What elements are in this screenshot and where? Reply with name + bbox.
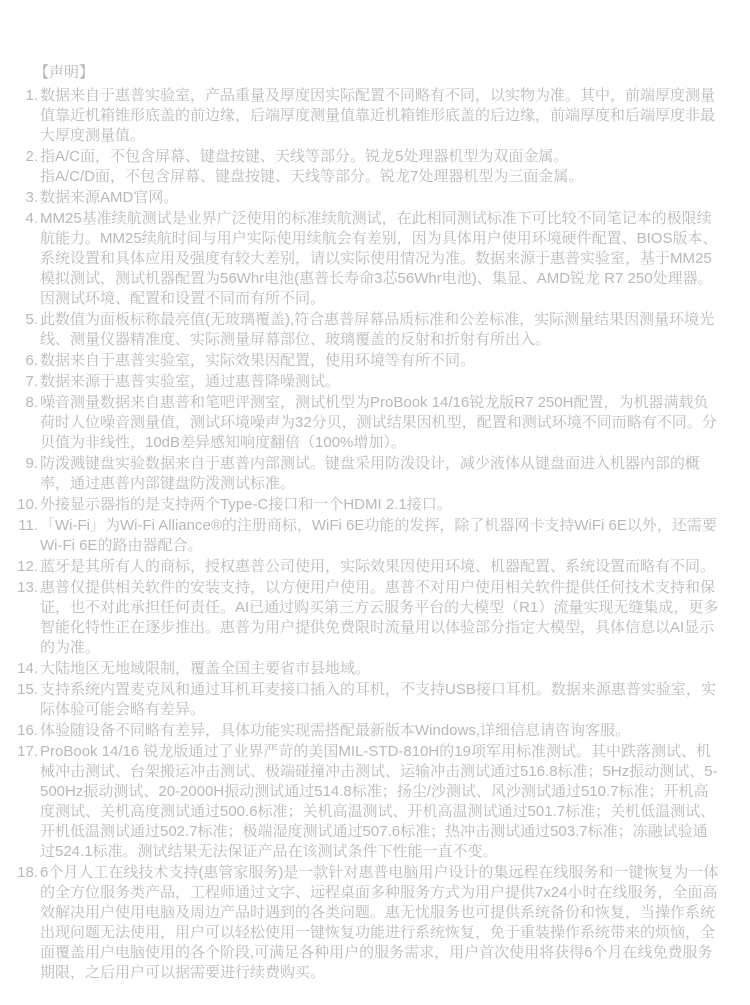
- item-number: 15.: [17, 680, 38, 700]
- item-text: 体验随设备不同略有差异，具体功能实现需搭配最新版本Windows,详细信息请咨询…: [40, 722, 630, 739]
- item-text: MM25基准续航测试是业界广泛使用的标准续航测试，在此相同测试标准下可比较不同笔…: [40, 210, 718, 307]
- item-text: 「Wi-Fi」为Wi-Fi Alliance®的注册商标，WiFi 6E功能的发…: [40, 517, 717, 554]
- item-number: 6.: [25, 351, 38, 371]
- statement-item: 2.指A/C面，不包含屏幕、键盘按键、天线等部分。锐龙5处理器机型为双面金属。 …: [40, 147, 722, 187]
- statement-item: 4.MM25基准续航测试是业界广泛使用的标准续航测试，在此相同测试标准下可比较不…: [40, 209, 722, 309]
- statement-item: 13.惠普仅提供相关软件的安装支持，以方便用户使用。惠普不对用户使用相关软件提供…: [40, 578, 722, 658]
- item-number: 9.: [25, 454, 38, 474]
- item-text: 防泼溅键盘实验数据来自于惠普内部测试。键盘采用防泼设计，减少液体从键盘面进入机器…: [40, 455, 700, 492]
- statement-item: 3.数据来源AMD官网。: [40, 188, 722, 208]
- statement-item: 8.噪音测量数据来自惠普和笔吧评测室，测试机型为ProBook 14/16锐龙版…: [40, 393, 722, 453]
- item-text: 噪音测量数据来自惠普和笔吧评测室，测试机型为ProBook 14/16锐龙版R7…: [40, 394, 717, 451]
- item-text: 指A/C面，不包含屏幕、键盘按键、天线等部分。锐龙5处理器机型为双面金属。 指A…: [40, 148, 583, 185]
- statement-item: 12.蓝牙是其所有人的商标，授权惠普公司使用，实际效果因使用环境、机器配置、系统…: [40, 557, 722, 577]
- item-number: 14.: [17, 659, 38, 679]
- item-number: 11.: [18, 516, 38, 536]
- statement-item: 11.「Wi-Fi」为Wi-Fi Alliance®的注册商标，WiFi 6E功…: [40, 516, 722, 556]
- item-number: 7.: [25, 372, 38, 392]
- statement-item: 17.ProBook 14/16 锐龙版通过了业界严苛的美国MIL-STD-81…: [40, 742, 722, 862]
- item-text: 此数值为面板标称最亮值(无玻璃覆盖),符合惠普屏幕品质标准和公差标准，实际测量结…: [40, 311, 714, 348]
- item-text: 外接显示器指的是支持两个Type-C接口和一个HDMI 2.1接口。: [40, 496, 452, 513]
- statement-list: 1.数据来自于惠普实验室，产品重量及厚度因实际配置不同略有不同，以实物为准。其中…: [30, 86, 722, 983]
- item-text: 数据来自于惠普实验室，实际效果因配置，使用环境等有所不同。: [40, 352, 475, 369]
- statement-item: 16.体验随设备不同略有差异，具体功能实现需搭配最新版本Windows,详细信息…: [40, 721, 722, 741]
- statement-item: 18.6个月人工在线技术支持(惠管家服务)是一款针对惠普电脑用户设计的集远程在线…: [40, 863, 722, 983]
- item-number: 17.: [17, 742, 38, 762]
- statement-item: 10.外接显示器指的是支持两个Type-C接口和一个HDMI 2.1接口。: [40, 495, 722, 515]
- item-number: 8.: [25, 393, 38, 413]
- item-text: 6个月人工在线技术支持(惠管家服务)是一款针对惠普电脑用户设计的集远程在线服务和…: [40, 864, 718, 981]
- statement-title: 【声明】: [34, 63, 722, 83]
- statement-item: 14.大陆地区无地域限制，覆盖全国主要省市县地域。: [40, 659, 722, 679]
- item-text: 数据来自于惠普实验室，产品重量及厚度因实际配置不同略有不同，以实物为准。其中，前…: [40, 87, 715, 144]
- item-number: 2.: [25, 147, 38, 167]
- item-text: 惠普仅提供相关软件的安装支持，以方便用户使用。惠普不对用户使用相关软件提供任何技…: [40, 579, 718, 656]
- statement-item: 9.防泼溅键盘实验数据来自于惠普内部测试。键盘采用防泼设计，减少液体从键盘面进入…: [40, 454, 722, 494]
- statement-item: 6.数据来自于惠普实验室，实际效果因配置，使用环境等有所不同。: [40, 351, 722, 371]
- item-number: 13.: [17, 578, 38, 598]
- item-number: 16.: [17, 721, 38, 741]
- item-number: 5.: [25, 310, 38, 330]
- statement-page: 【声明】 1.数据来自于惠普实验室，产品重量及厚度因实际配置不同略有不同，以实物…: [0, 0, 750, 1005]
- item-text: 支持系统内置麦克风和通过耳机耳麦接口插入的耳机，不支持USB接口耳机。数据来源惠…: [40, 681, 716, 718]
- item-text: 数据来源于惠普实验室，通过惠普降噪测试。: [40, 373, 340, 390]
- item-number: 18.: [17, 863, 38, 883]
- item-text: 大陆地区无地域限制，覆盖全国主要省市县地域。: [40, 660, 370, 677]
- item-number: 4.: [25, 209, 38, 229]
- statement-item: 7.数据来源于惠普实验室，通过惠普降噪测试。: [40, 372, 722, 392]
- item-text: 蓝牙是其所有人的商标，授权惠普公司使用，实际效果因使用环境、机器配置、系统设置而…: [40, 558, 715, 575]
- item-number: 12.: [17, 557, 38, 577]
- item-number: 10.: [17, 495, 38, 515]
- item-number: 3.: [25, 188, 38, 208]
- item-text: ProBook 14/16 锐龙版通过了业界严苛的美国MIL-STD-810H的…: [40, 743, 718, 860]
- item-number: 1.: [25, 86, 38, 106]
- statement-item: 5.此数值为面板标称最亮值(无玻璃覆盖),符合惠普屏幕品质标准和公差标准，实际测…: [40, 310, 722, 350]
- statement-item: 1.数据来自于惠普实验室，产品重量及厚度因实际配置不同略有不同，以实物为准。其中…: [40, 86, 722, 146]
- item-text: 数据来源AMD官网。: [40, 189, 178, 206]
- statement-item: 15.支持系统内置麦克风和通过耳机耳麦接口插入的耳机，不支持USB接口耳机。数据…: [40, 680, 722, 720]
